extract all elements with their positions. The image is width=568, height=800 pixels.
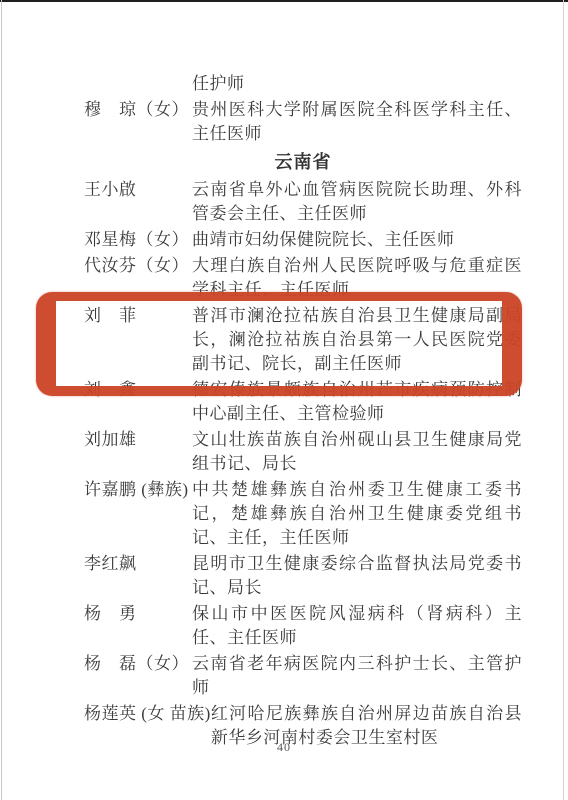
entry-name: 许嘉鹏 (彝族) — [84, 478, 192, 550]
entry-row: 代汝芬（女） 大理白族自治州人民医院呼吸与危重症医学科主任、主任医师 — [84, 254, 522, 302]
entry-position: 德宏傣族景颇族自治州芒市疾病预防控制中心副主任、主管检验师 — [192, 378, 522, 426]
entry-position: 普洱市澜沧拉祜族自治县卫生健康局副局长，澜沧拉祜族自治县第一人民医院党委副书记、… — [192, 304, 522, 376]
entry-name: 王小啟 — [84, 178, 192, 226]
entry-position: 保山市中医医院风湿病科（肾病科）主任、主任医师 — [192, 602, 522, 650]
entry-row: 刘 菲 普洱市澜沧拉祜族自治县卫生健康局副局长，澜沧拉祜族自治县第一人民医院党委… — [84, 304, 522, 376]
entry-name: 穆 琼（女） — [84, 98, 192, 146]
entry-name: 邓星梅（女） — [84, 228, 192, 252]
entry-position: 文山壮族苗族自治州砚山县卫生健康局党组书记、局长 — [192, 428, 522, 476]
entry-name — [84, 72, 192, 96]
entry-position: 曲靖市妇幼保健院院长、主任医师 — [192, 228, 522, 252]
entry-name: 刘 鑫 — [84, 378, 192, 426]
page: 任护师 穆 琼（女） 贵州医科大学附属医院全科医学科主任、主任医师 云南省 王小… — [0, 0, 568, 800]
entry-position: 云南省老年病医院内三科护士长、主管护师 — [192, 652, 522, 700]
entry-row: 杨 磊（女） 云南省老年病医院内三科护士长、主管护师 — [84, 652, 522, 700]
entry-row: 刘加雄 文山壮族苗族自治州砚山县卫生健康局党组书记、局长 — [84, 428, 522, 476]
entry-position: 任护师 — [192, 72, 522, 96]
entry-name: 杨 磊（女） — [84, 652, 192, 700]
province-header: 云南省 — [84, 150, 522, 174]
entry-name: 李红飙 — [84, 552, 192, 600]
entry-row: 邓星梅（女） 曲靖市妇幼保健院院长、主任医师 — [84, 228, 522, 252]
entry-position: 云南省阜外心血管病医院院长助理、外科管委会主任、主任医师 — [192, 178, 522, 226]
entries-yunnan: 王小啟 云南省阜外心血管病医院院长助理、外科管委会主任、主任医师 邓星梅（女） … — [84, 178, 522, 750]
entry-position: 昆明市卫生健康委综合监督执法局党委书记、局长 — [192, 552, 522, 600]
entries-before-header: 任护师 穆 琼（女） 贵州医科大学附属医院全科医学科主任、主任医师 — [84, 72, 522, 146]
entry-name: 刘 菲 — [84, 304, 192, 376]
entry-position: 大理白族自治州人民医院呼吸与危重症医学科主任、主任医师 — [192, 254, 522, 302]
entry-name: 代汝芬（女） — [84, 254, 192, 302]
entry-row: 李红飙 昆明市卫生健康委综合监督执法局党委书记、局长 — [84, 552, 522, 600]
entry-row: 王小啟 云南省阜外心血管病医院院长助理、外科管委会主任、主任医师 — [84, 178, 522, 226]
entry-position: 贵州医科大学附属医院全科医学科主任、主任医师 — [192, 98, 522, 146]
scan-right-edge — [563, 0, 564, 800]
scan-top-edge — [0, 0, 568, 2]
scan-left-edge — [1, 0, 2, 800]
entry-row: 刘 鑫 德宏傣族景颇族自治州芒市疾病预防控制中心副主任、主管检验师 — [84, 378, 522, 426]
entry-row: 许嘉鹏 (彝族) 中共楚雄彝族自治州委卫生健康工委书记，楚雄彝族自治州卫生健康委… — [84, 478, 522, 550]
entry-name: 杨 勇 — [84, 602, 192, 650]
entry-position: 中共楚雄彝族自治州委卫生健康工委书记，楚雄彝族自治州卫生健康委党组书记、主任，主… — [192, 478, 522, 550]
entry-row: 任护师 — [84, 72, 522, 96]
page-number: 40 — [0, 740, 568, 755]
entry-name: 刘加雄 — [84, 428, 192, 476]
entry-row: 穆 琼（女） 贵州医科大学附属医院全科医学科主任、主任医师 — [84, 98, 522, 146]
entry-row: 杨 勇 保山市中医医院风湿病科（肾病科）主任、主任医师 — [84, 602, 522, 650]
